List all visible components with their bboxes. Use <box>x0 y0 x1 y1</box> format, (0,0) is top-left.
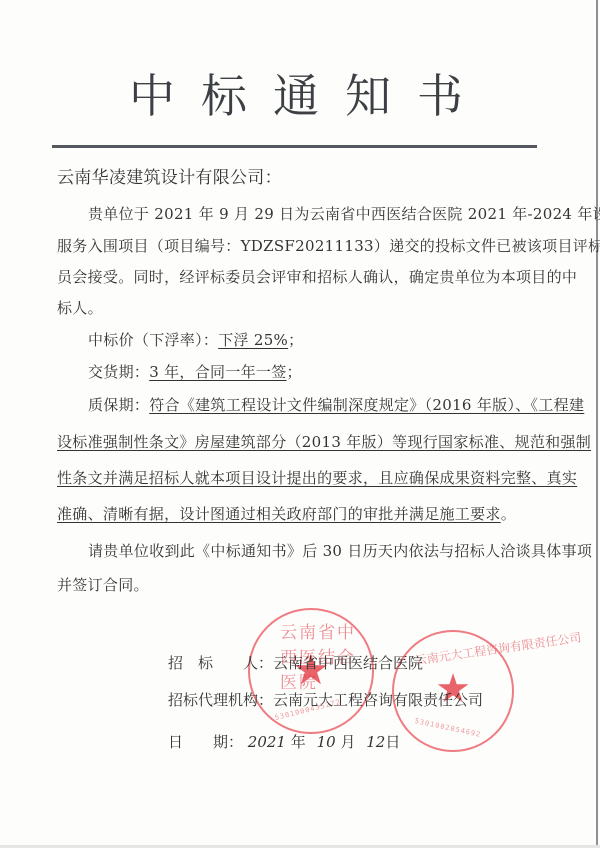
warranty-line-3: 性条文并满足招标人就本项目设计提出的要求，且应确保成果资料完整、真实 <box>57 467 577 488</box>
date-month-unit: 月 <box>340 733 355 751</box>
tenderer-row: 招 标 人：云南省中西医结合医院 <box>168 652 423 673</box>
bid-price-value: 下浮 25% <box>218 331 288 349</box>
agency-label: 招标代理机构： <box>168 691 273 709</box>
warranty-line-1: 符合《建筑工程设计文件编制深度规定》（2016 年版）、《工程建 <box>149 396 584 414</box>
warranty-line-4: 准确、清晰有据，设计图通过相关政府部门的审批并满足施工要求 <box>57 505 501 523</box>
date-day: 12 <box>366 733 385 751</box>
document-title: 中标通知书 <box>0 60 600 126</box>
warranty-end: 。 <box>501 505 516 523</box>
agency-name: 云南元大工程咨询有限责任公司 <box>273 691 483 709</box>
body-line-3: 员会接受。同时，经评标委员会评审和招标人确认，确定贵单位为本项目的中 <box>57 266 577 287</box>
agency-row: 招标代理机构：云南元大工程咨询有限责任公司 <box>168 689 483 710</box>
tenderer-label: 招 标 人： <box>168 654 273 672</box>
delivery-end: ； <box>287 363 302 381</box>
date-year-unit: 年 <box>291 733 306 751</box>
bid-price-end: ； <box>288 331 303 349</box>
date-year: 2021 <box>248 733 286 751</box>
bid-price-label: 中标价（下浮率）： <box>88 331 218 349</box>
warranty-line-2: 设标准强制性条文》房屋建筑部分（2013 年版）等现行国家标准、规范和强制 <box>57 431 591 452</box>
warranty-row: 质保期：符合《建筑工程设计文件编制深度规定》（2016 年版）、《工程建 <box>88 394 584 415</box>
agency-seal-text: 云南元大工程咨询有限责任公司 <box>414 628 583 668</box>
date-row: 日 期： 2021 年 10 月 12日 <box>168 731 400 752</box>
body-line-4: 标人。 <box>57 297 103 318</box>
closing-line-2: 并签订合同。 <box>57 574 149 595</box>
body-line-2: 服务入围项目（项目编号：YDZSF20211133）递交的投标文件已被该项目评标… <box>57 235 600 256</box>
agency-seal-code: 5301002054692 <box>414 717 482 739</box>
delivery-label: 交货期： <box>88 363 149 381</box>
warranty-label: 质保期： <box>88 396 149 414</box>
delivery-value: 3 年，合同一年一签 <box>149 363 286 381</box>
warranty-line-4-row: 准确、清晰有据，设计图通过相关政府部门的审批并满足施工要求。 <box>57 503 516 524</box>
delivery-row: 交货期：3 年，合同一年一签； <box>88 361 302 382</box>
title-underline <box>52 145 537 148</box>
bid-price-row: 中标价（下浮率）：下浮 25%； <box>88 329 303 350</box>
date-label: 日 期： <box>168 733 243 751</box>
tenderer-name: 云南省中西医结合医院 <box>273 654 423 672</box>
closing-line-1: 请贵单位收到此《中标通知书》后 30 日历天内依法与招标人洽谈具体事项 <box>88 540 592 561</box>
page-right-edge <box>596 0 598 848</box>
addressee: 云南华凌建筑设计有限公司： <box>57 163 282 188</box>
date-day-unit: 日 <box>385 733 400 751</box>
date-month: 10 <box>317 733 336 751</box>
body-line-1: 贵单位于 2021 年 9 月 29 日为云南省中西医结合医院 2021 年-2… <box>88 203 600 224</box>
